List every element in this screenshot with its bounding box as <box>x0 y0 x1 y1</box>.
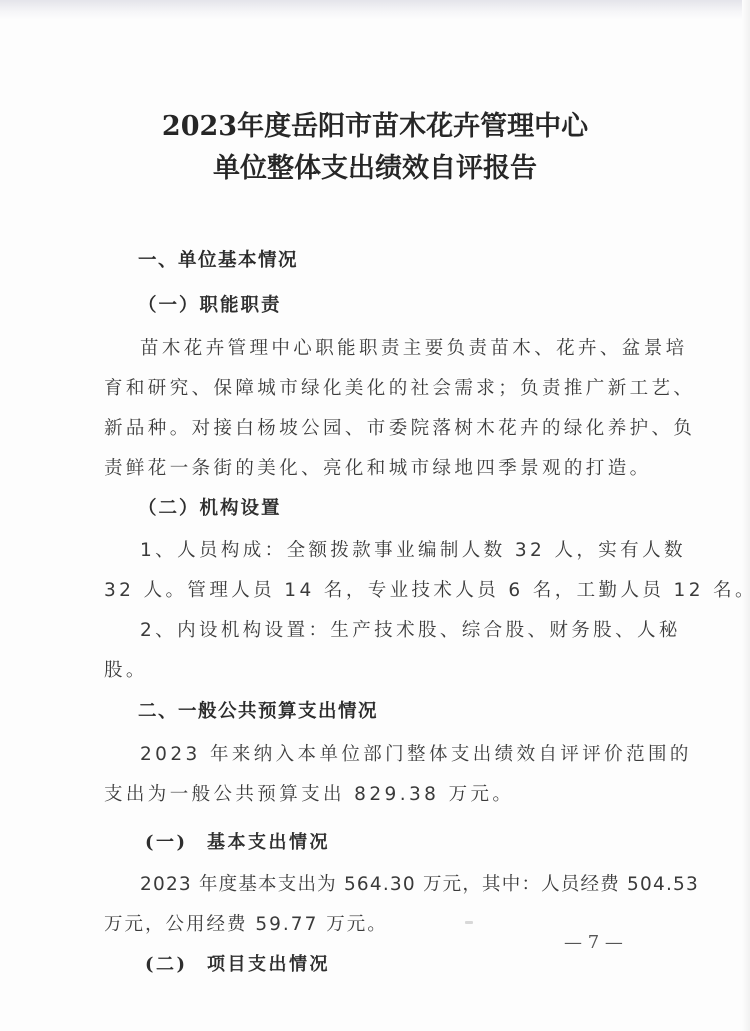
paragraph-line: 支出为一般公共预算支出 829.38 万元。 <box>104 780 514 806</box>
scan-speck <box>465 921 473 924</box>
section2-sub2-number: (二) <box>145 950 207 976</box>
section2-sub2-heading: (二)项目支出情况 <box>145 950 330 976</box>
section1-sub2-heading: （二）机构设置 <box>138 494 282 520</box>
paragraph-line: 育和研究、保障城市绿化美化的社会需求；负责推广新工艺、 <box>104 374 695 400</box>
paragraph-line: 2、内设机构设置：生产技术股、综合股、财务股、人秘 <box>140 616 681 642</box>
section2-sub1-title: 基本支出情况 <box>207 832 330 853</box>
paragraph-line: 1、人员构成：全额拨款事业编制人数 32 人，实有人数 <box>140 536 686 562</box>
section1-sub1-heading: （一）职能职责 <box>138 291 282 317</box>
document-title-line1: 2023年度岳阳市苗木花卉管理中心 <box>0 104 750 143</box>
section2-sub1-number: (一) <box>145 828 207 854</box>
paragraph-line: 万元，公用经费 59.77 万元。 <box>104 910 388 936</box>
section2-heading: 二、一般公共预算支出情况 <box>138 697 378 723</box>
page-number: — 7 — <box>564 932 623 953</box>
paragraph-line: 责鲜花一条街的美化、亮化和城市绿地四季景观的打造。 <box>104 454 652 480</box>
document-title-line2: 单位整体支出绩效自评报告 <box>0 146 750 185</box>
paragraph-line: 32 人。管理人员 14 名，专业技术人员 6 名，工勤人员 12 名。 <box>104 576 750 602</box>
paragraph-line: 2023 年度基本支出为 564.30 万元，其中：人员经费 504.53 <box>140 870 699 896</box>
paragraph-line: 新品种。对接白杨坡公园、市委院落树木花卉的绿化养护、负 <box>104 414 695 440</box>
paragraph-line: 苗木花卉管理中心职能职责主要负责苗木、花卉、盆景培 <box>140 334 688 360</box>
section2-sub2-title: 项目支出情况 <box>207 954 330 975</box>
paragraph-line: 2023 年来纳入本单位部门整体支出绩效自评评价范围的 <box>140 740 692 766</box>
document-page: 2023年度岳阳市苗木花卉管理中心 单位整体支出绩效自评报告 一、单位基本情况 … <box>0 0 750 1031</box>
section1-heading: 一、单位基本情况 <box>138 246 298 272</box>
section2-sub1-heading: (一)基本支出情况 <box>145 828 330 854</box>
paragraph-line: 股。 <box>104 656 148 682</box>
